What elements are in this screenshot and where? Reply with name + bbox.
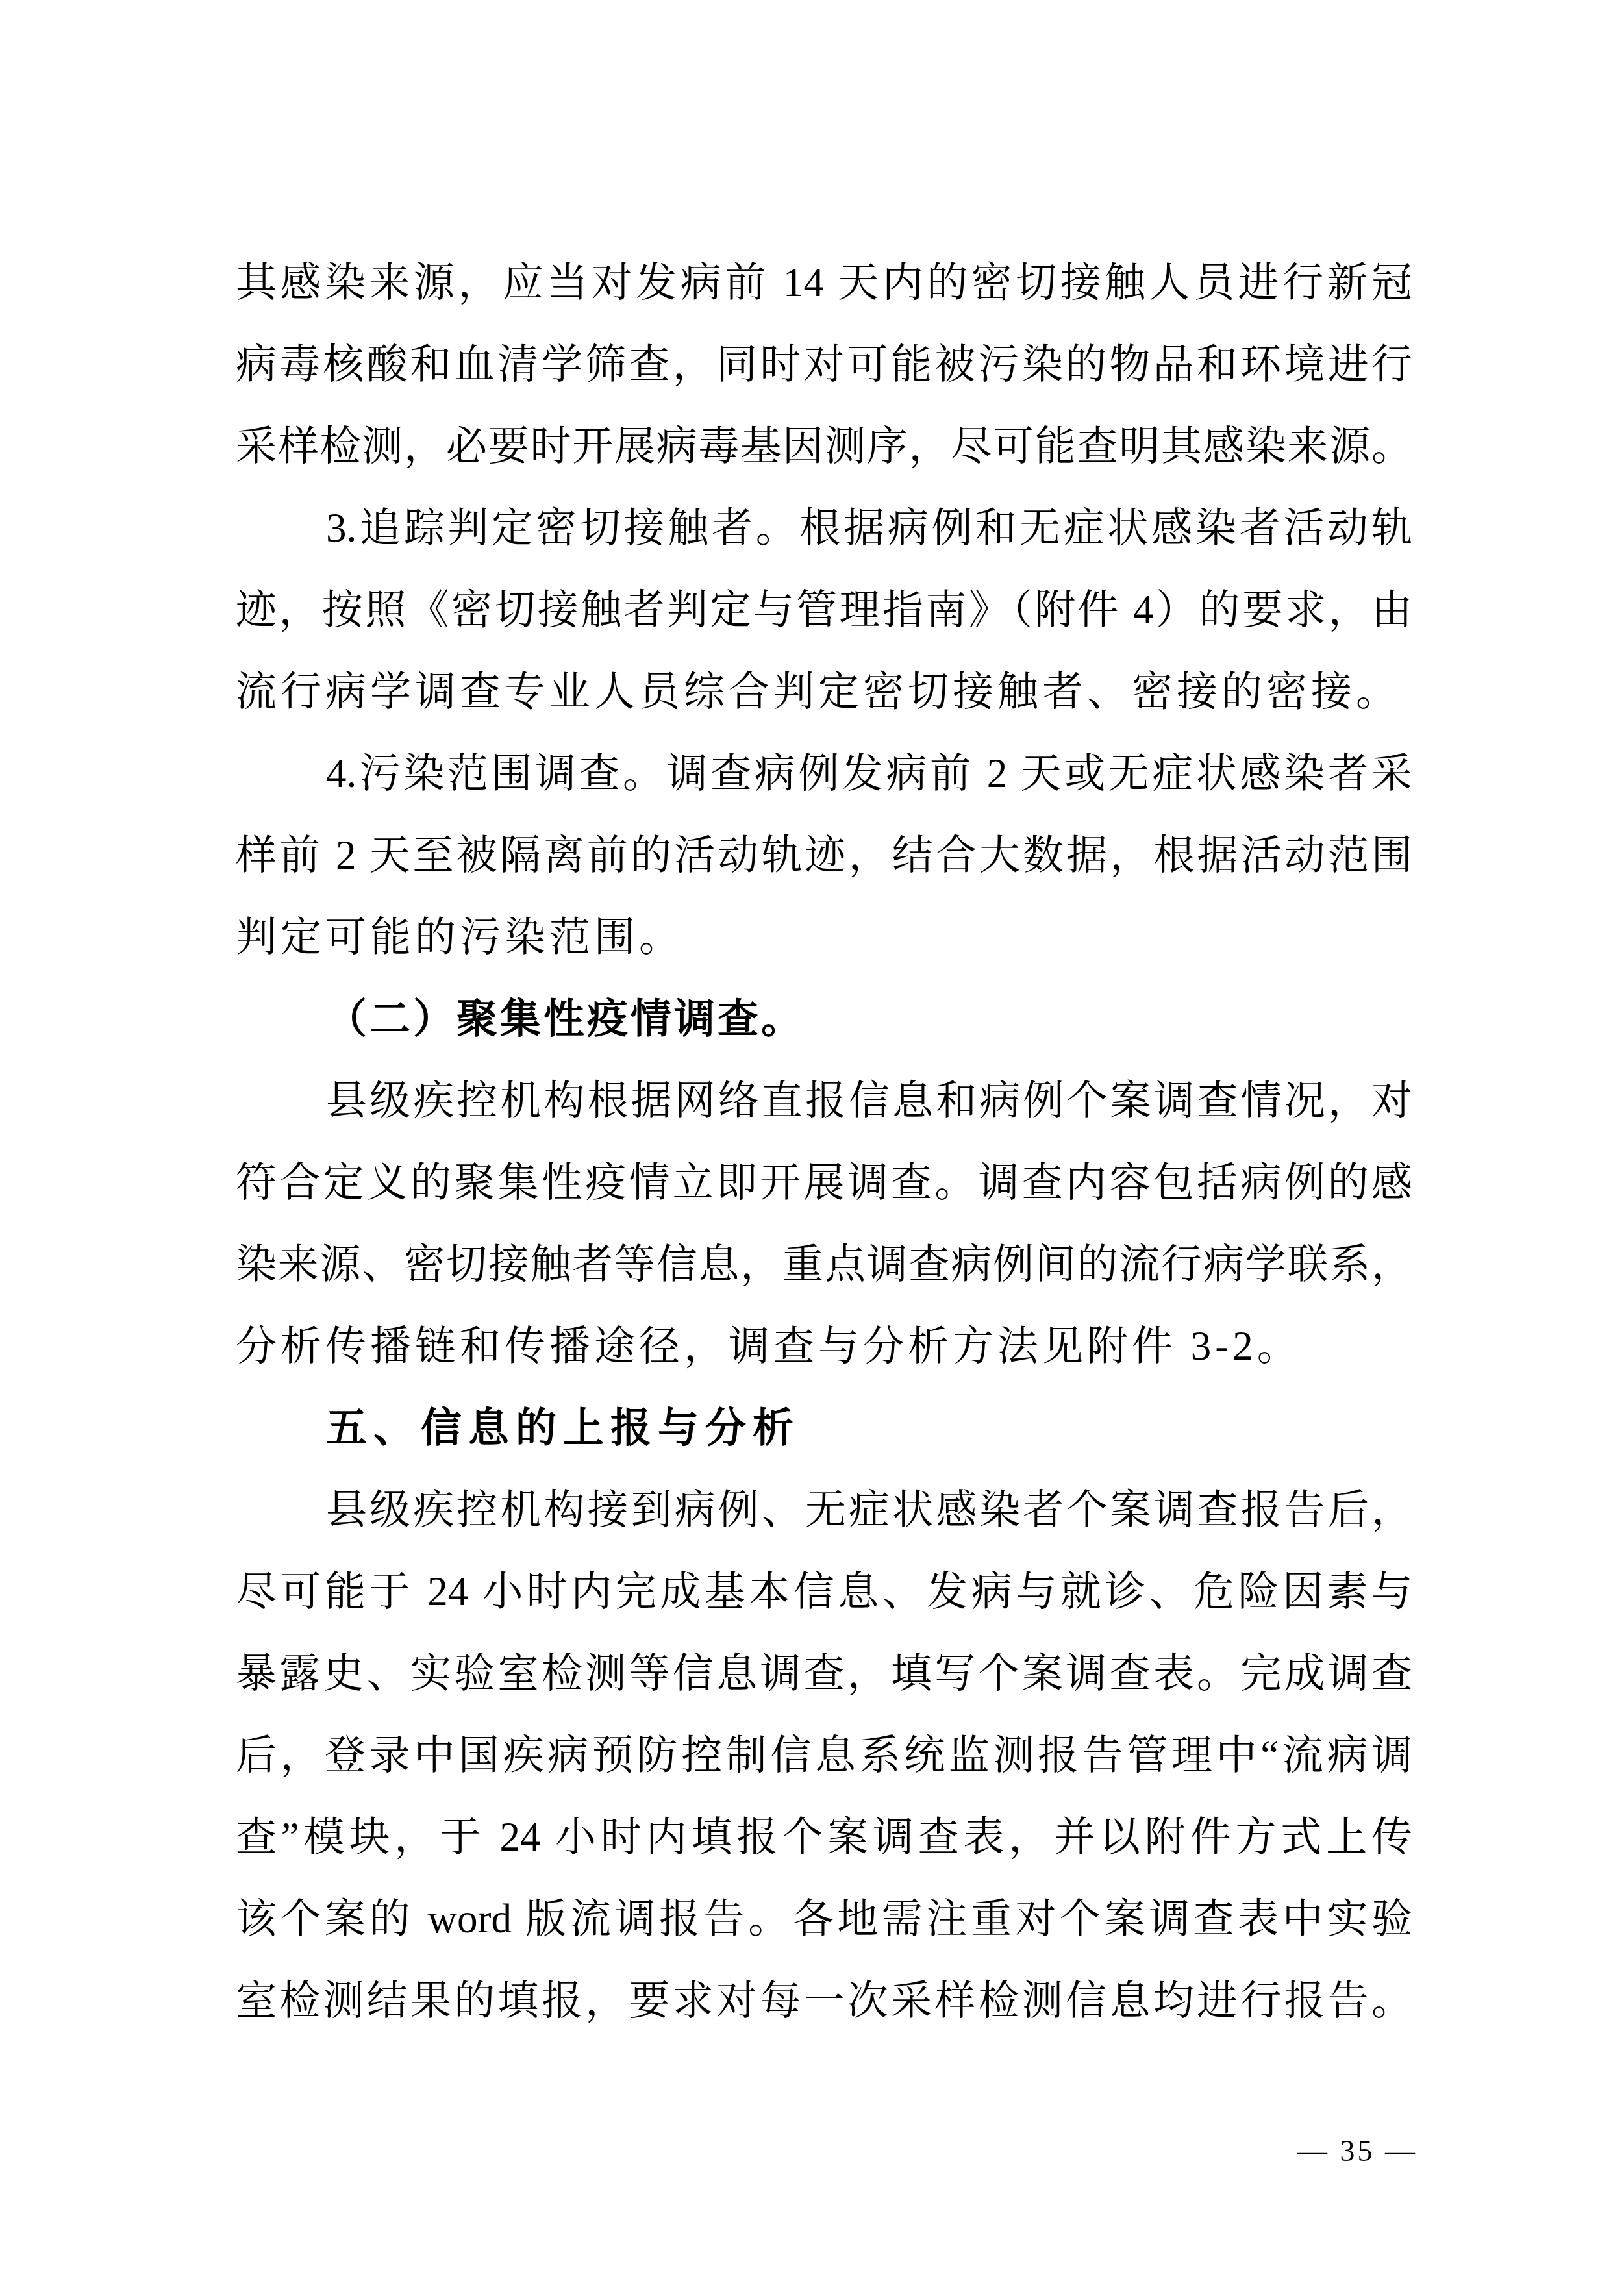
text-line: 暴露史、实验室检测等信息调查，填写个案调查表。完成调查 [236, 1632, 1412, 1714]
text-line: 样前 2 天至被隔离前的活动轨迹，结合大数据，根据活动范围 [236, 814, 1412, 896]
text-line: 后，登录中国疾病预防控制信息系统监测报告管理中“流病调 [236, 1714, 1412, 1796]
text-line: 符合定义的聚集性疫情立即开展调查。调查内容包括病例的感 [236, 1142, 1412, 1223]
text-line: 室检测结果的填报，要求对每一次采样检测信息均进行报告。 [236, 1960, 1412, 2041]
text-line: 分析传播链和传播途径，调查与分析方法见附件 3-2。 [236, 1305, 1412, 1387]
page-number: — 35 — [1297, 2132, 1418, 2171]
text-line: 判定可能的污染范围。 [236, 896, 1412, 978]
text-line: 查”模块，于 24 小时内填报个案调查表，并以附件方式上传 [236, 1796, 1412, 1878]
section-heading-hei: 五、信息的上报与分析 [236, 1387, 1412, 1469]
document-body: 其感染来源，应当对发病前 14 天内的密切接触人员进行新冠 病毒核酸和血清学筛查… [236, 242, 1412, 2041]
text-line: 3.追踪判定密切接触者。根据病例和无症状感染者活动轨 [236, 487, 1412, 569]
text-line: 染来源、密切接触者等信息，重点调查病例间的流行病学联系， [236, 1223, 1412, 1305]
text-line: 该个案的 word 版流调报告。各地需注重对个案调查表中实验 [236, 1878, 1412, 1960]
text-line: 其感染来源，应当对发病前 14 天内的密切接触人员进行新冠 [236, 242, 1412, 323]
text-line: 4.污染范围调查。调查病例发病前 2 天或无症状感染者采 [236, 732, 1412, 814]
text-line: 迹，按照《密切接触者判定与管理指南》（附件 4）的要求，由 [236, 569, 1412, 651]
text-line: 流行病学调查专业人员综合判定密切接触者、密接的密接。 [236, 651, 1412, 732]
text-line: 尽可能于 24 小时内完成基本信息、发病与就诊、危险因素与 [236, 1551, 1412, 1632]
document-page: 其感染来源，应当对发病前 14 天内的密切接触人员进行新冠 病毒核酸和血清学筛查… [0, 0, 1624, 2296]
text-line: 县级疾控机构接到病例、无症状感染者个案调查报告后， [236, 1469, 1412, 1551]
text-line: 县级疾控机构根据网络直报信息和病例个案调查情况，对 [236, 1060, 1412, 1142]
text-line: 病毒核酸和血清学筛查，同时对可能被污染的物品和环境进行 [236, 323, 1412, 405]
section-heading-kai: （二）聚集性疫情调查。 [236, 978, 1412, 1060]
text-line: 采样检测，必要时开展病毒基因测序，尽可能查明其感染来源。 [236, 405, 1412, 487]
